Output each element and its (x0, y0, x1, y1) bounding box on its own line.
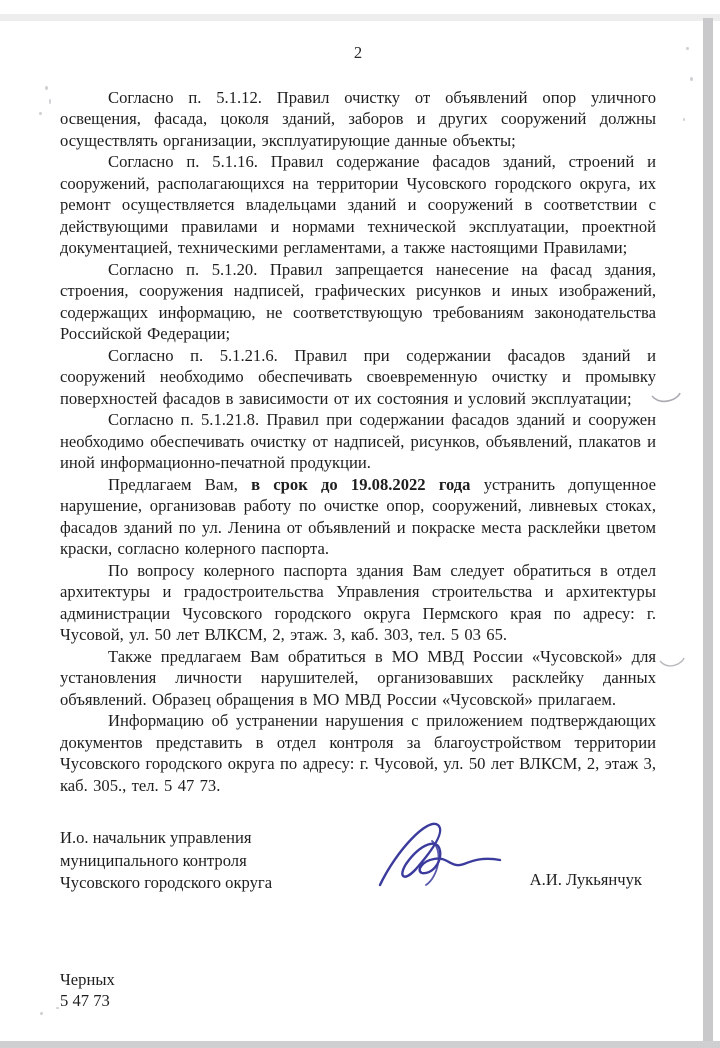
demand-prefix: Предлагаем Вам, (108, 475, 251, 494)
scan-speckle (683, 118, 685, 121)
demand-deadline: в срок до 19.08.2022 года (251, 475, 470, 494)
paragraph-color-passport: По вопросу колерного паспорта здания Вам… (60, 560, 656, 646)
handwritten-signature (374, 811, 510, 911)
paragraph-report-info: Информацию об устранении нарушения с при… (60, 710, 656, 796)
executor-phone: 5 47 73 (60, 990, 656, 1011)
paragraph-rule-5-1-21-6: Согласно п. 5.1.21.6. Правил при содержа… (60, 345, 656, 410)
signature-block: И.о. начальник управления муниципального… (60, 827, 656, 899)
scan-edge-top (0, 14, 720, 21)
executor-name: Черных (60, 969, 656, 990)
scan-speckle (39, 112, 42, 115)
scan-speckle (40, 1012, 43, 1015)
scan-speckle (49, 99, 51, 104)
paragraph-police-appeal: Также предлагаем Вам обратиться в МО МВД… (60, 646, 656, 711)
paragraph-rule-5-1-12: Согласно п. 5.1.12. Правил очистку от об… (60, 87, 656, 152)
signer-position-line: И.о. начальник управления (60, 827, 656, 850)
scan-speckle (686, 47, 689, 50)
paragraph-rule-5-1-16: Согласно п. 5.1.16. Правил содержание фа… (60, 151, 656, 259)
paragraph-rule-5-1-20: Согласно п. 5.1.20. Правил запрещается н… (60, 259, 656, 345)
scan-speckle (690, 77, 693, 81)
ink-smudge-artifact (658, 656, 686, 670)
executor-block: Черных 5 47 73 (60, 969, 656, 1011)
page-number: 2 (60, 42, 656, 64)
scan-edge-bottom (0, 1041, 720, 1048)
paragraph-rule-5-1-21-8: Согласно п. 5.1.21.8. Правил при содержа… (60, 409, 656, 474)
scan-speckle (45, 86, 48, 90)
scan-speckle (56, 1007, 59, 1009)
scan-edge-right (703, 18, 713, 1048)
paragraph-demand: Предлагаем Вам, в срок до 19.08.2022 год… (60, 474, 656, 560)
signer-name: А.И. Лукьянчук (530, 869, 642, 891)
document-content: 2 Согласно п. 5.1.12. Правил очистку от … (60, 42, 656, 1011)
